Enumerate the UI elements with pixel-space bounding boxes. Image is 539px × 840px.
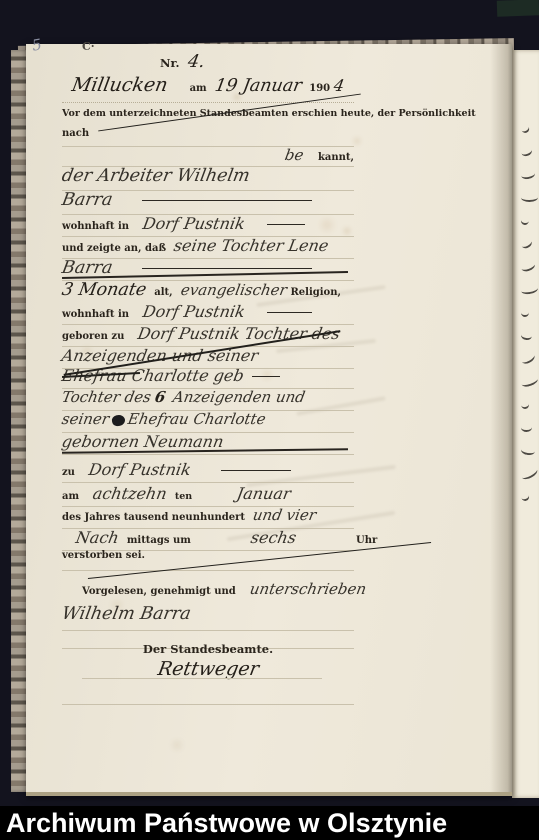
report-entry: seine Tochter Lene — [172, 236, 330, 255]
death-time-line: Nach mittags um sechs Uhr — [62, 528, 354, 551]
declarant-surname: Barra — [60, 190, 114, 210]
residence-line: wohnhaft in Dorf Pustnik — [62, 214, 354, 237]
signature-rule — [82, 666, 322, 679]
died-line: verstorben sei. — [62, 550, 354, 571]
foxing-spots — [26, 44, 28, 46]
dash-fill — [252, 376, 280, 377]
register-page: Nr. 4. Millucken am 19 Januar 190 4 Vor … — [26, 44, 512, 796]
empty-ruled-line — [62, 692, 354, 705]
parent-entry-2a: seiner — [60, 410, 110, 428]
death-day-line: am achtzehn ten Januar — [62, 484, 354, 507]
corner-letter: C· — [82, 40, 95, 53]
handwriting-fragment — [520, 445, 535, 456]
handwriting-fragment — [520, 145, 533, 157]
struck-entry-1: Dorf Pustnik Tochter des — [137, 324, 342, 343]
gutter-shadow — [490, 44, 512, 792]
bekannt-line: be kannt, — [62, 146, 354, 167]
declarant-line1: der Arbeiter Wilhelm — [62, 166, 354, 191]
closing-line: Vorgelesen, genehmigt und unterschrieben — [62, 580, 354, 604]
place-date-line: Millucken am 19 Januar 190 4 — [62, 74, 354, 103]
uhr-label: Uhr — [356, 535, 377, 546]
bekannt-printed: kannt, — [318, 152, 354, 163]
dash-fill — [142, 268, 312, 269]
handwriting-fragment — [520, 237, 534, 250]
registrar-title: Der Standesbeamte. — [143, 642, 273, 656]
parent-line2: seiner Ehefrau Charlotte — [62, 410, 354, 433]
dash-fill — [267, 312, 312, 313]
handwriting-fragment — [520, 215, 529, 225]
year-printed: 190 — [309, 83, 330, 94]
handwriting-fragment — [521, 308, 529, 317]
age-religion-line: 3 Monate alt, evangelischer Religion, — [62, 280, 354, 302]
residence2-line: wohnhaft in Dorf Pustnik — [62, 302, 354, 325]
parent-entry-3: gebornen Neumann — [60, 432, 225, 451]
parent-entry-1c: Anzeigenden und — [172, 388, 307, 406]
ink-blot — [111, 414, 126, 428]
death-record-form: Nr. 4. Millucken am 19 Januar 190 4 Vor … — [62, 44, 362, 764]
report-line: und zeigte an, daß seine Tochter Lene — [62, 236, 354, 259]
next-page-strip — [512, 50, 539, 798]
background-corner — [497, 0, 539, 17]
declarant-entry: der Arbeiter Wilhelm — [60, 166, 251, 186]
handwriting-fragment — [520, 330, 532, 340]
dash-fill — [221, 470, 291, 471]
intro-printed: Vor dem unterzeichneten Standesbeamten e… — [62, 108, 476, 119]
closing-hand-entry: unterschrieben — [248, 580, 367, 598]
parent-entry-2b: Ehefrau Charlotte — [127, 410, 268, 428]
vorgelesen-label: Vorgelesen, genehmigt und — [82, 586, 236, 597]
residence2-entry: Dorf Pustnik — [141, 302, 246, 321]
handwriting-fragment — [520, 260, 536, 273]
dash-fill — [267, 224, 305, 225]
daytime-entry: Nach — [74, 528, 120, 547]
death-place-entry: Dorf Pustnik — [87, 460, 192, 479]
handwriting-fragment — [521, 193, 538, 202]
place-entry: Millucken — [70, 74, 169, 96]
child-surname: Barra — [60, 258, 114, 278]
year-digit-entry: 4 — [332, 76, 346, 95]
handwriting-fragment — [520, 399, 529, 409]
dash-fill — [142, 200, 312, 201]
struck-line3: Ehefrau Charlotte geb — [62, 366, 354, 389]
parent-entry-1a: Tochter des — [60, 388, 152, 406]
age-entry: 3 Monate — [60, 280, 148, 300]
next-page-strip-marks — [521, 110, 539, 515]
nach-label: nach — [62, 128, 89, 139]
handwriting-fragment — [520, 284, 538, 296]
zeigte-an-label: und zeigte an, daß — [62, 243, 166, 254]
declarant-signature: Wilhelm Barra — [60, 604, 192, 624]
handwriting-fragment — [520, 466, 539, 482]
archive-banner: Archiwum Państwowe w Olsztynie — [0, 806, 539, 840]
handwriting-fragment — [520, 374, 539, 388]
handwriting-fragment — [519, 123, 530, 135]
nr-value: 4. — [186, 52, 206, 72]
nach-line: nach — [62, 128, 354, 147]
death-month-entry: Januar — [235, 484, 292, 503]
handwriting-fragment — [520, 351, 537, 366]
parent-entry-1b: 6 — [153, 388, 167, 406]
declarant-line2: Barra — [62, 190, 354, 215]
am2-label: am — [62, 491, 79, 502]
record-number-line: Nr. 4. — [160, 52, 452, 72]
year-hand-entry: und vier — [251, 506, 317, 524]
mittags-label: mittags um — [127, 535, 191, 546]
geboren-label: geboren zu — [62, 331, 124, 342]
residence-entry: Dorf Pustnik — [141, 214, 246, 233]
hour-entry: sechs — [249, 528, 298, 547]
verstorben-label: verstorben sei. — [62, 550, 145, 561]
death-day-entry: achtzehn — [91, 484, 168, 503]
archive-banner-text: Archiwum Państwowe w Olsztynie — [0, 806, 539, 840]
archive-scan: Nr. 4. Millucken am 19 Januar 190 4 Vor … — [0, 0, 539, 840]
wohnhaft2-label: wohnhaft in — [62, 309, 129, 320]
nr-label: Nr. — [160, 56, 180, 70]
bekannt-hand: be — [284, 146, 306, 164]
handwriting-fragment — [520, 169, 535, 180]
wohnhaft-label: wohnhaft in — [62, 221, 129, 232]
parent-line1: Tochter des 6 Anzeigenden und — [62, 388, 354, 411]
year-printed-label: des Jahres tausend neunhundert — [62, 512, 245, 523]
death-year-line: des Jahres tausend neunhundert und vier — [62, 506, 354, 529]
declarant-signature-line: Wilhelm Barra — [62, 604, 354, 631]
handwriting-fragment — [520, 491, 530, 502]
am-label: am — [190, 83, 207, 94]
pencil-page-number: 5 — [31, 35, 44, 54]
alt-label: alt, — [154, 287, 172, 298]
zu-label: zu — [62, 467, 75, 478]
ten-label: ten — [175, 491, 192, 502]
religion-entry: evangelischer — [179, 281, 288, 299]
death-place-line: zu Dorf Pustnik — [62, 460, 354, 483]
date-entry: 19 Januar — [213, 76, 303, 96]
handwriting-fragment — [521, 423, 532, 432]
religion-label: Religion, — [290, 287, 340, 298]
